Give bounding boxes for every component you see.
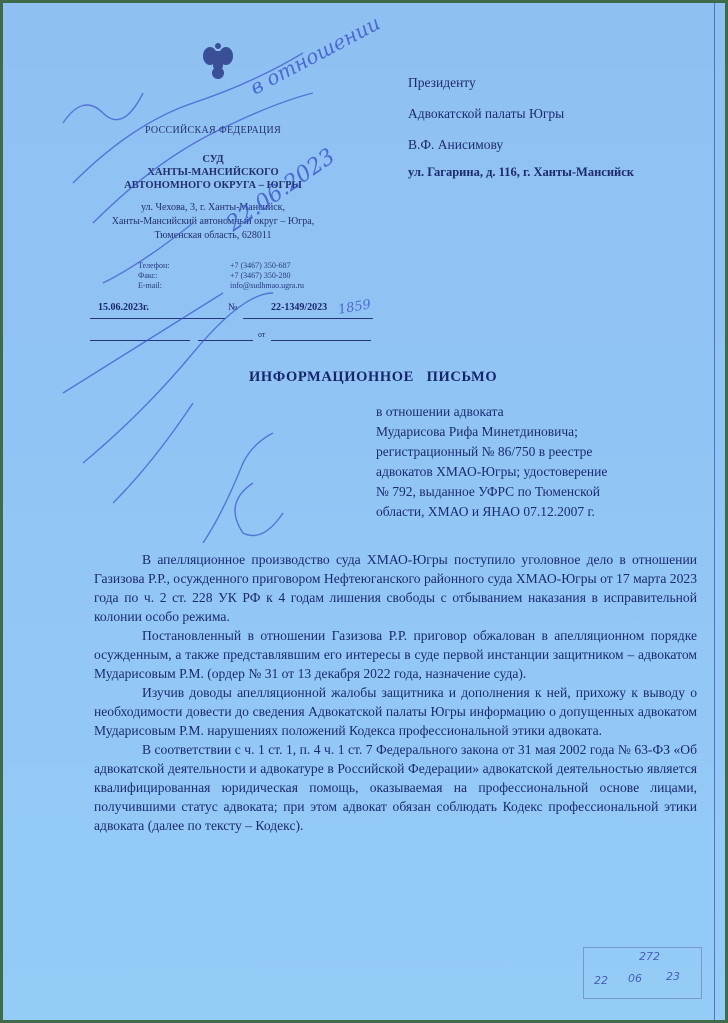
stamp-year: 23: [666, 970, 680, 983]
handwritten-scribbles: [43, 43, 383, 543]
regarding-line: Мударисова Рифа Минетдиновича;: [376, 422, 607, 442]
stamp-number: 272: [639, 950, 660, 963]
addressee-address: ул. Гагарина, д. 116, г. Ханты-Мансийск: [408, 162, 634, 182]
document-page: РОССИЙСКАЯ ФЕДЕРАЦИЯ СУД ХАНТЫ-МАНСИЙСКО…: [3, 3, 725, 1020]
body-paragraph: Изучив доводы апелляционной жалобы защит…: [94, 683, 697, 740]
addressee-name: В.Ф. Анисимову: [408, 129, 634, 160]
registration-stamp: 272 22 06 23: [583, 947, 702, 999]
addressee-organization: Адвокатской палаты Югры: [408, 98, 634, 129]
regarding-line: в отношении адвоката: [376, 402, 607, 422]
stamp-day: 22: [594, 974, 608, 987]
body-paragraph: В соответствии с ч. 1 ст. 1, п. 4 ч. 1 с…: [94, 740, 697, 835]
regarding-line: регистрационный № 86/750 в реестре: [376, 442, 607, 462]
regarding-line: адвокатов ХМАО-Югры; удостоверение: [376, 462, 607, 482]
body-paragraph: В апелляционное производство суда ХМАО-Ю…: [94, 550, 697, 626]
body-paragraph: Постановленный в отношении Газизова Р.Р.…: [94, 626, 697, 683]
page-edge: [714, 3, 715, 1020]
regarding-block: в отношении адвоката Мударисова Рифа Мин…: [376, 402, 607, 522]
regarding-line: области, ХМАО и ЯНАО 07.12.2007 г.: [376, 502, 607, 522]
addressee-block: Президенту Адвокатской палаты Югры В.Ф. …: [408, 67, 634, 182]
addressee-title: Президенту: [408, 67, 634, 98]
letter-body: В апелляционное производство суда ХМАО-Ю…: [94, 550, 697, 835]
regarding-line: № 792, выданное УФРС по Тюменской: [376, 482, 607, 502]
stamp-month: 06: [628, 972, 642, 985]
